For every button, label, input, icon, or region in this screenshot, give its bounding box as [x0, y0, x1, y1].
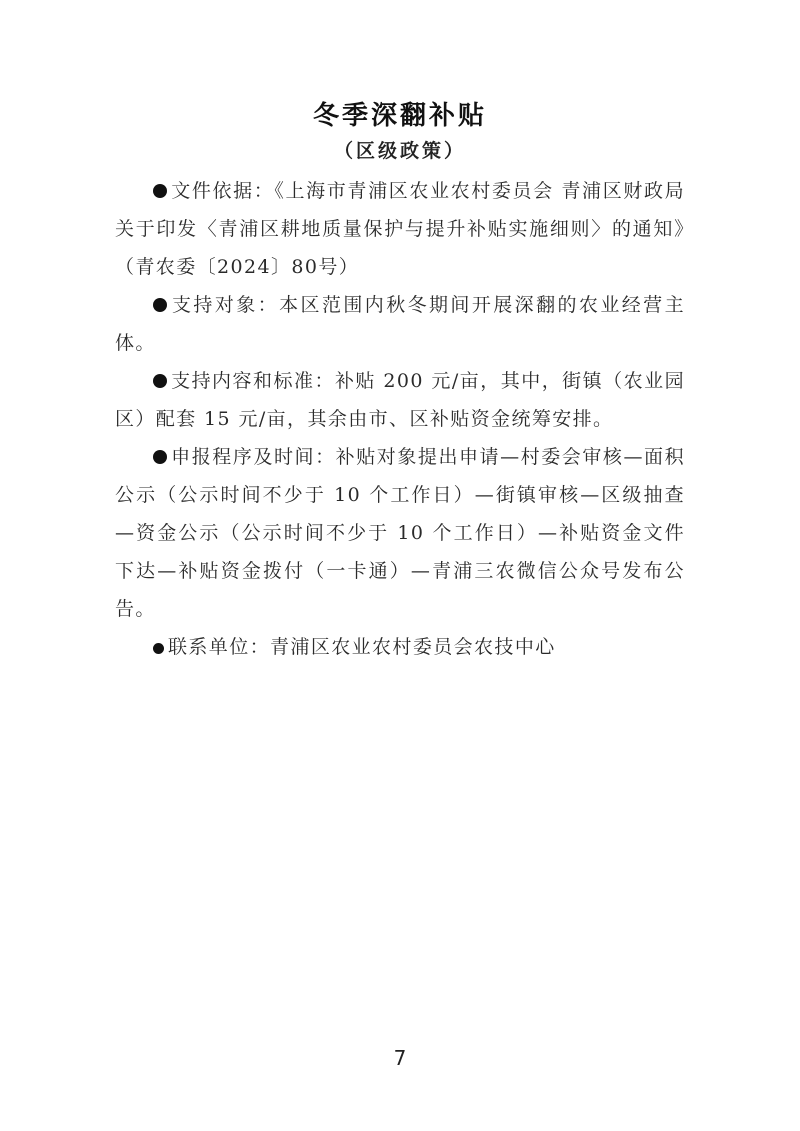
section-support-standard: 支持内容和标准：补贴 200 元/亩，其中，街镇（农业园区）配套 15 元/亩，…: [115, 362, 685, 438]
document-body: 文件依据：《上海市青浦区农业农村委员会 青浦区财政局关于印发〈青浦区耕地质量保护…: [115, 172, 685, 666]
section-label: 支持内容和标准：: [171, 370, 335, 392]
section-label: 文件依据：: [171, 180, 274, 202]
section-label: 联系单位：: [168, 636, 270, 658]
section-application-procedure: 申报程序及时间：补贴对象提出申请—村委会审核—面积公示（公示时间不少于 10 个…: [115, 438, 685, 628]
page-number: 7: [0, 1046, 800, 1070]
section-text: 青浦区农业农村委员会农技中心: [270, 636, 556, 658]
section-support-target: 支持对象：本区范围内秋冬期间开展深翻的农业经营主体。: [115, 286, 685, 362]
section-label: 支持对象：: [171, 294, 279, 316]
bullet-icon: [153, 643, 164, 654]
section-text: 补贴对象提出申请—村委会审核—面积公示（公示时间不少于 10 个工作日）—街镇审…: [115, 446, 685, 620]
bullet-icon: [153, 450, 167, 464]
bullet-icon: [153, 374, 167, 388]
page-title: 冬季深翻补贴: [0, 95, 800, 132]
section-contact-unit: 联系单位：青浦区农业农村委员会农技中心: [115, 628, 685, 666]
document-page: 冬季深翻补贴 （区级政策） 文件依据：《上海市青浦区农业农村委员会 青浦区财政局…: [0, 0, 800, 1131]
section-document-basis: 文件依据：《上海市青浦区农业农村委员会 青浦区财政局关于印发〈青浦区耕地质量保护…: [115, 172, 685, 286]
page-subtitle: （区级政策）: [0, 136, 800, 163]
bullet-icon: [153, 298, 167, 312]
bullet-icon: [153, 184, 167, 198]
section-label: 申报程序及时间：: [171, 446, 336, 468]
